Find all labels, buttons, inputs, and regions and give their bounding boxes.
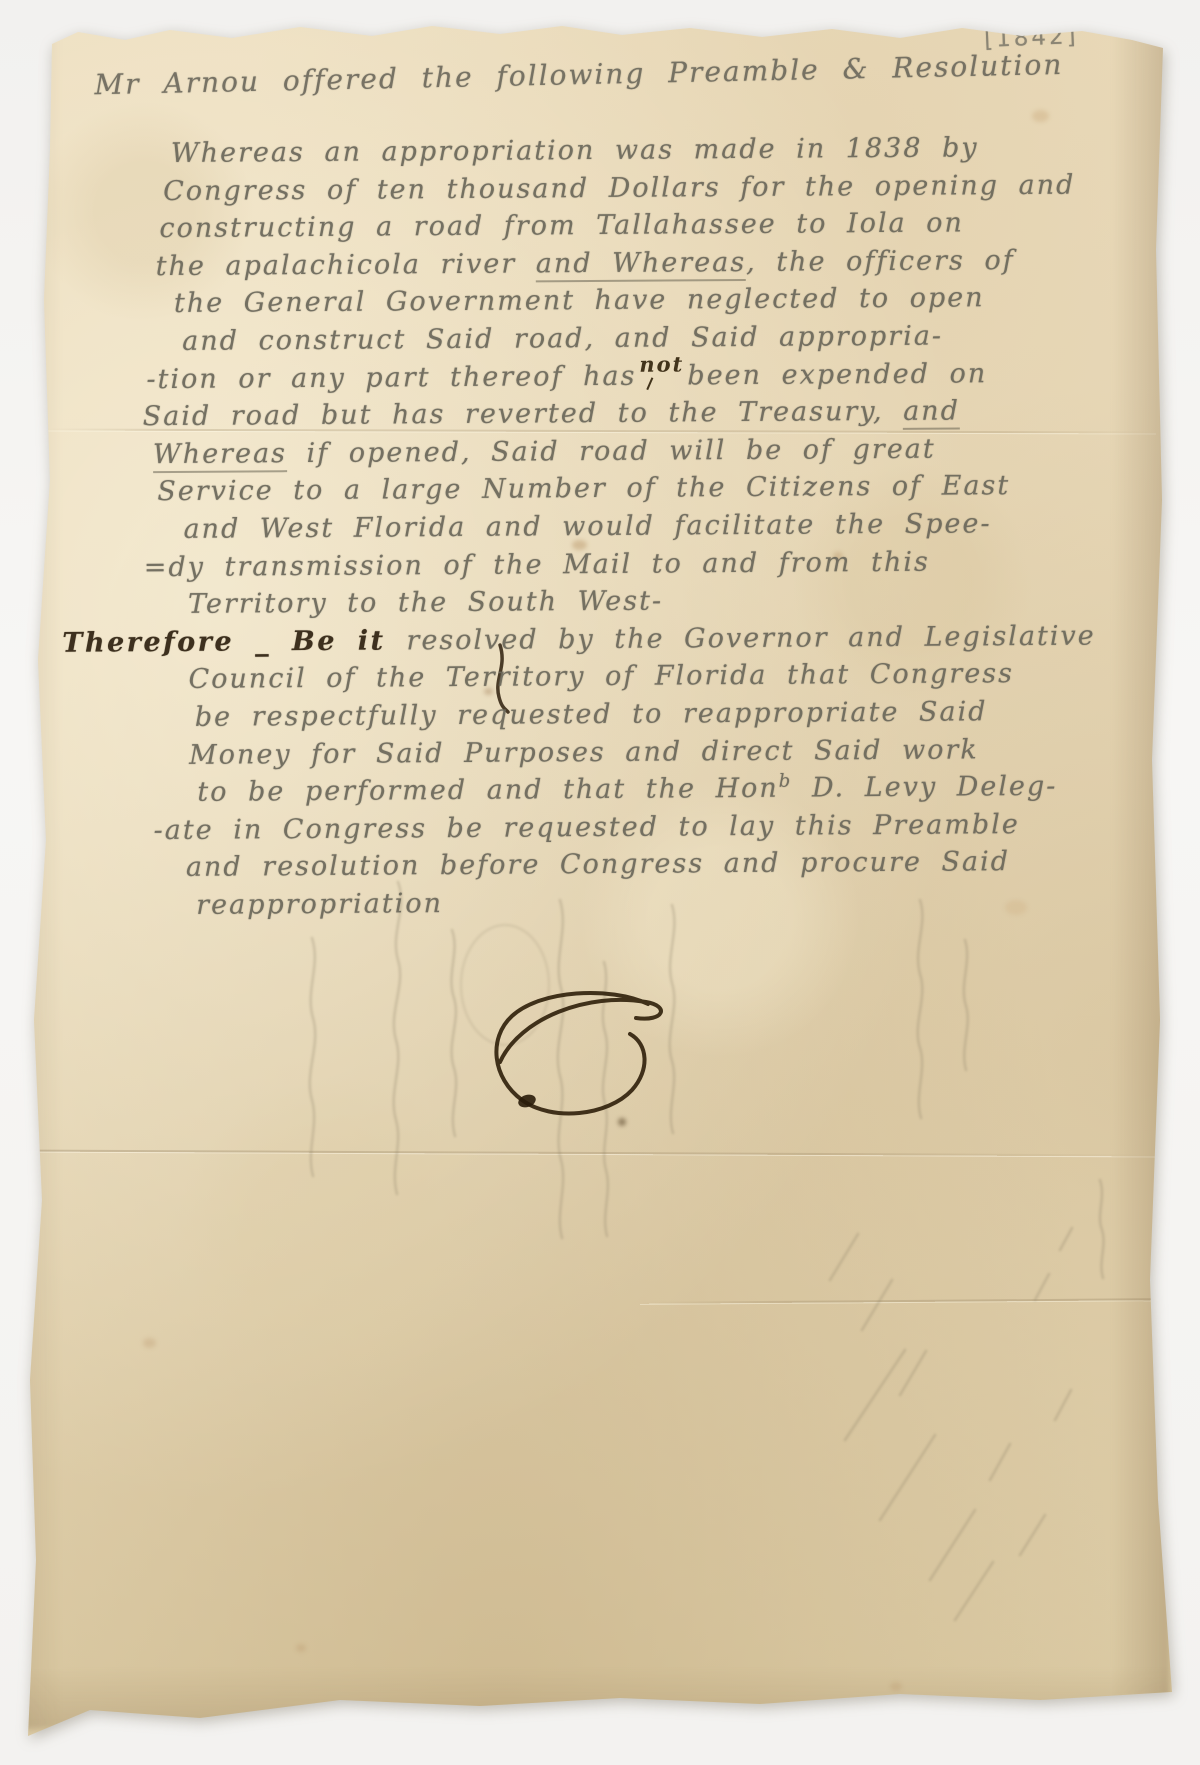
manuscript-line-segment: to be performed and that the Hon bbox=[197, 773, 779, 808]
manuscript-line-segment: , the officers of bbox=[746, 245, 1015, 278]
manuscript-line-segment: Territory to the South West- bbox=[188, 586, 663, 620]
manuscript-line-segment: -ate in Congress be requested to lay thi… bbox=[154, 809, 1020, 846]
manuscript-line: be respectfully requested to reappropria… bbox=[195, 692, 1107, 736]
manuscript-line-segment: b bbox=[779, 771, 793, 792]
manuscript-line-segment: the General Government have neglected to… bbox=[174, 283, 985, 320]
manuscript-line: constructing a road from Tallahassee to … bbox=[159, 204, 1103, 248]
manuscript-line-segment: -tion or any part thereof has bbox=[146, 360, 636, 394]
manuscript-line: reappropriation bbox=[196, 880, 1108, 924]
manuscript-line: Congress of ten thousand Dollars for the… bbox=[163, 166, 1103, 210]
manuscript-line: Money for Said Purposes and direct Said … bbox=[189, 730, 1107, 774]
manuscript-line: and resolution before Congress and procu… bbox=[186, 843, 1108, 887]
manuscript-line-segment: be respectfully requested to reappropria… bbox=[195, 696, 988, 733]
manuscript-body: Whereas an appropriation was made in 183… bbox=[163, 128, 1108, 924]
manuscript-line: and West Florida and would facilitate th… bbox=[183, 504, 1105, 548]
manuscript-line-segment: Whereas an appropriation was made in 183… bbox=[171, 132, 979, 169]
handwriting-layer: [1842] Mr Arnou offered the following Pr… bbox=[0, 0, 1200, 1765]
manuscript-line-segment: and construct Said road, and Said approp… bbox=[182, 321, 943, 357]
manuscript-line-segment: and Whereas bbox=[536, 247, 747, 282]
manuscript-line-segment: not bbox=[639, 351, 684, 376]
manuscript-line-segment: Congress of ten thousand Dollars for the… bbox=[163, 169, 1075, 206]
manuscript-line-segment: Council of the Territory of Florida that… bbox=[188, 658, 1014, 695]
manuscript-line-segment: been expended on bbox=[687, 358, 987, 391]
manuscript-line: to be performed and that the Honb D. Lev… bbox=[197, 768, 1107, 812]
manuscript-line-segment: and bbox=[903, 396, 960, 430]
manuscript-line-segment: the apalachicola river bbox=[156, 248, 536, 282]
manuscript-line-segment: reappropriation bbox=[196, 888, 443, 921]
manuscript-line-segment: if opened, Said road will be of great bbox=[287, 433, 936, 469]
manuscript-line-segment: D. Levy Deleg- bbox=[792, 771, 1057, 804]
manuscript-line-segment: Whereas bbox=[153, 438, 287, 473]
manuscript-line-segment: Money for Said Purposes and direct Said … bbox=[189, 734, 979, 771]
manuscript-line: the General Government have neglected to… bbox=[174, 279, 1104, 323]
manuscript-line: Whereas an appropriation was made in 183… bbox=[171, 128, 1103, 172]
paper-shadow-wrap: [1842] Mr Arnou offered the following Pr… bbox=[0, 0, 1200, 1765]
document-page: [1842] Mr Arnou offered the following Pr… bbox=[0, 0, 1200, 1765]
manuscript-line: Council of the Territory of Florida that… bbox=[188, 655, 1106, 699]
manuscript-line-segment: resolved by the Governor and Legislative bbox=[406, 620, 1095, 656]
manuscript-line-segment: Service to a large Number of the Citizen… bbox=[157, 470, 1010, 507]
scan-background: [1842] Mr Arnou offered the following Pr… bbox=[0, 0, 1200, 1765]
manuscript-line-segment: =dy transmission of the Mail to and from… bbox=[144, 546, 930, 582]
manuscript-line-segment: Therefore _ Be it bbox=[62, 625, 406, 658]
heading-line: Mr Arnou offered the following Preamble … bbox=[94, 48, 1064, 101]
manuscript-line-segment: and resolution before Congress and procu… bbox=[186, 846, 1010, 883]
manuscript-line: the apalachicola river and Whereas, the … bbox=[156, 241, 1104, 285]
manuscript-line-segment: Said road but has reverted to the Treasu… bbox=[143, 396, 904, 432]
manuscript-line-segment: and West Florida and would facilitate th… bbox=[183, 508, 991, 545]
manuscript-line: Territory to the South West- bbox=[188, 580, 1106, 624]
manuscript-line: Service to a large Number of the Citizen… bbox=[157, 467, 1105, 511]
manuscript-line-segment: constructing a road from Tallahassee to … bbox=[159, 208, 964, 245]
